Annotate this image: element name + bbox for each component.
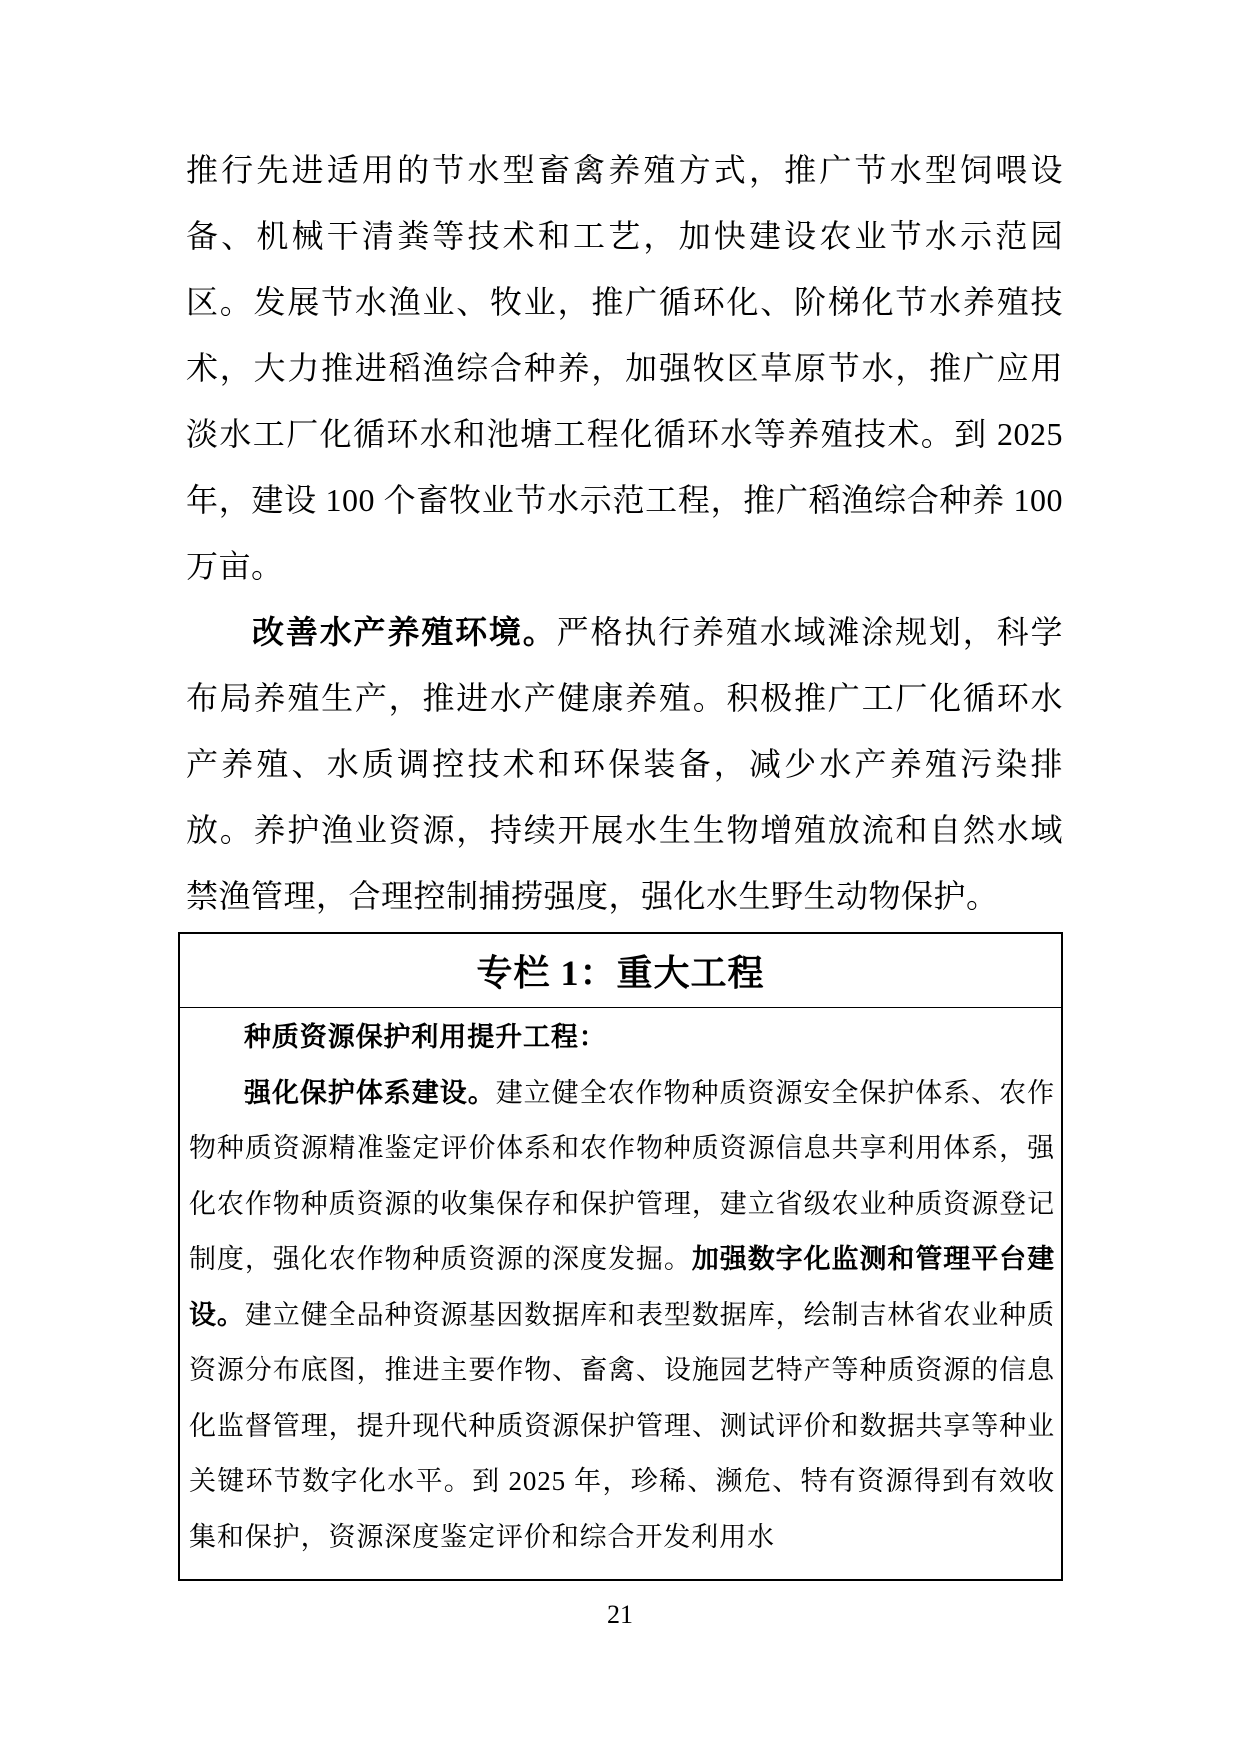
panel-paragraph-germplasm: 强化保护体系建设。建立健全农作物种质资源安全保护体系、农作物种质资源精准鉴定评价… xyxy=(189,1066,1055,1566)
text-column: 推行先进适用的节水型畜禽养殖方式，推广节水型饲喂设备、机械干清粪等技术和工艺，加… xyxy=(186,137,1063,1581)
page-number: 21 xyxy=(0,1600,1240,1630)
paragraph-text: 推行先进适用的节水型畜禽养殖方式，推广节水型饲喂设备、机械干清粪等技术和工艺，加… xyxy=(186,152,1063,584)
panel-title: 专栏 1：重大工程 xyxy=(476,945,764,996)
panel-header: 专栏 1：重大工程 xyxy=(180,934,1061,1008)
paragraph-aquaculture-environment: 改善水产养殖环境。严格执行养殖水域滩涂规划，科学布局养殖生产，推进水产健康养殖。… xyxy=(186,599,1063,929)
document-page: 推行先进适用的节水型畜禽养殖方式，推广节水型饲喂设备、机械干清粪等技术和工艺，加… xyxy=(0,0,1240,1754)
panel-bold-lead-protection-system: 强化保护体系建设。 xyxy=(244,1078,496,1108)
panel-major-projects-box: 专栏 1：重大工程 种质资源保护利用提升工程： 强化保护体系建设。建立健全农作物… xyxy=(178,932,1063,1581)
paragraph-bold-lead: 改善水产养殖环境。 xyxy=(252,614,557,650)
panel-heading-text: 种质资源保护利用提升工程： xyxy=(244,1022,607,1052)
panel-heading-germplasm-project: 种质资源保护利用提升工程： xyxy=(189,1010,1055,1066)
panel-body: 种质资源保护利用提升工程： 强化保护体系建设。建立健全农作物种质资源安全保护体系… xyxy=(180,1008,1061,1579)
panel-text-digital-platform: 建立健全品种资源基因数据库和表型数据库，绘制吉林省农业种质资源分布底图，推进主要… xyxy=(189,1300,1055,1552)
paragraph-text: 严格执行养殖水域滩涂规划，科学布局养殖生产，推进水产健康养殖。积极推广工厂化循环… xyxy=(186,614,1063,914)
paragraph-water-saving-livestock: 推行先进适用的节水型畜禽养殖方式，推广节水型饲喂设备、机械干清粪等技术和工艺，加… xyxy=(186,137,1063,599)
